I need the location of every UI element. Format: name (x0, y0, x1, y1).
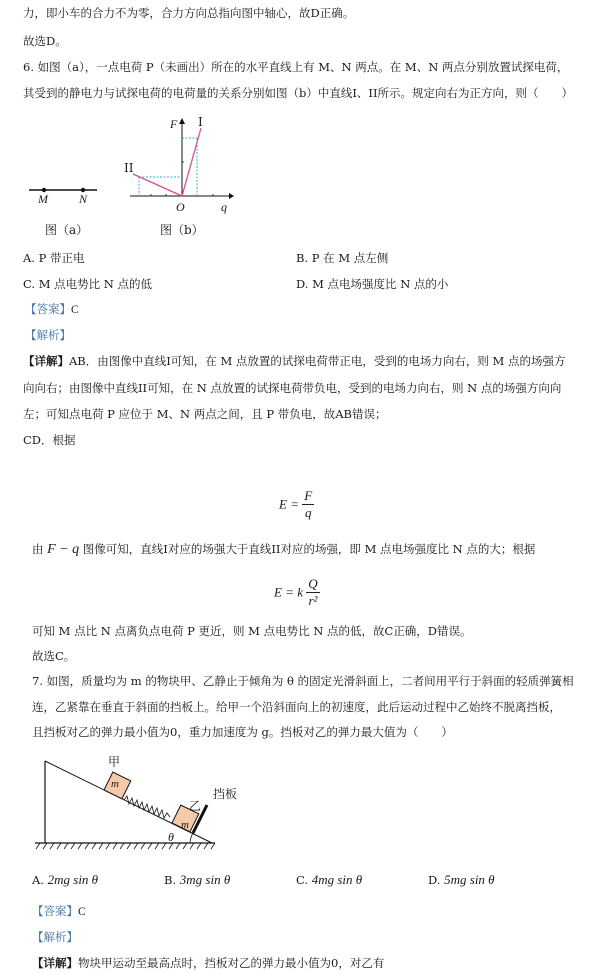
option-label: C. (296, 873, 312, 887)
fig-b-caption: 图（b） (160, 221, 204, 238)
label-II: II (124, 161, 133, 175)
option-label: A. (32, 873, 48, 887)
q7-option-c: C. 4mg sin θ (296, 872, 362, 888)
q6-stem-line-1: 6. 如图（a），一点电荷 P（未画出）所在的水平直线上有 M、N 两点。在 M… (23, 59, 568, 75)
label-M: M (38, 192, 48, 207)
numerator: F (302, 488, 314, 505)
option-text: 3mg sin θ (180, 872, 230, 887)
numerator: Q (306, 576, 319, 593)
intro-line-2: 故选D。 (23, 33, 67, 49)
q6-option-c: C. M 点电势比 N 点的低 (23, 276, 152, 292)
q6-detail-line-6: 可知 M 点比 N 点离负点电荷 P 更近，则 M 点电势比 N 点的低，故C正… (32, 623, 471, 639)
q7-stem-line-1: 7. 如图，质量均为 m 的物块甲、乙静止于倾角为 θ 的固定光滑斜面上，二者间… (32, 673, 574, 689)
answer-value: C (71, 304, 79, 316)
label-theta: θ (168, 830, 174, 845)
answer-tag: 【答案】 (32, 904, 78, 918)
option-text: M 点电场强度比 N 点的小 (312, 277, 448, 291)
label-m-jia: m (111, 778, 119, 790)
label-q: q (221, 200, 227, 215)
label-O: O (176, 200, 185, 215)
q6-conclusion: 故选C。 (32, 648, 75, 664)
q6-analysis-tag: 【解析】 (25, 327, 71, 343)
q6-detail-line-1: 【详解】AB．由图像中直线I可知，在 M 点放置的试探电荷带正电，受到的电场力向… (23, 353, 565, 369)
option-label: B. (164, 873, 180, 887)
detail-text: 物块甲运动至最高点时，挡板对乙的弹力最小值为0，对乙有 (78, 956, 384, 970)
q6-detail-line-3: 左；可知点电荷 P 应位于 M、N 两点之间，且 P 带负电，故AB错误； (23, 406, 387, 422)
denominator: q (302, 505, 314, 521)
label-yi: 乙 (189, 797, 201, 814)
option-text: 2mg sin θ (48, 872, 98, 887)
label-dangban: 挡板 (213, 785, 237, 802)
label-jia: 甲 (108, 753, 120, 770)
formula-fraction: F q (302, 488, 314, 521)
detail-text: 图像可知，直线I对应的场强大于直线II对应的场强，即 M 点电场强度比 N 点的… (79, 542, 535, 556)
fig-a-caption: 图（a） (45, 221, 88, 238)
f-q-math: F − q (47, 542, 79, 557)
label-N: N (79, 192, 87, 207)
q6-detail-line-5: 由 F − q 图像可知，直线I对应的场强大于直线II对应的场强，即 M 点电场… (32, 541, 535, 558)
q6-option-d: D. M 点电场强度比 N 点的小 (296, 276, 448, 292)
denominator: r² (306, 593, 319, 609)
option-label: D. (296, 277, 312, 291)
answer-value: C (78, 906, 86, 918)
answer-tag: 【答案】 (25, 302, 71, 316)
q6-figure-a (25, 170, 105, 210)
q7-analysis-tag: 【解析】 (32, 929, 78, 945)
label-I: I (198, 115, 203, 129)
detail-text: AB．由图像中直线I可知，在 M 点放置的试探电荷带正电，受到的电场力向右，则 … (69, 354, 565, 368)
option-label: B. (296, 251, 312, 265)
detail-tag: 【详解】 (32, 956, 78, 970)
q7-answer: 【答案】C (32, 903, 86, 920)
q7-option-a: A. 2mg sin θ (32, 872, 98, 888)
q6-stem-line-2: 其受到的静电力与试探电荷的电荷量的关系分别如图（b）中直线I、II所示。规定向右… (23, 85, 573, 101)
option-label: A. (23, 251, 39, 265)
option-text: M 点电势比 N 点的低 (39, 277, 152, 291)
q6-option-a: A. P 带正电 (23, 250, 85, 266)
option-text: P 带正电 (39, 251, 85, 265)
q7-option-d: D. 5mg sin θ (428, 872, 495, 888)
label-F: F (170, 117, 177, 132)
q6-option-b: B. P 在 M 点左侧 (296, 250, 388, 266)
option-label: D. (428, 873, 444, 887)
detail-prefix: 由 (32, 542, 47, 556)
intro-line-1: 力，即小车的合力不为零，合力方向总指向图中轴心，故D正确。 (23, 5, 354, 21)
option-label: C. (23, 277, 39, 291)
q6-answer: 【答案】C (25, 301, 79, 318)
q7-option-b: B. 3mg sin θ (164, 872, 230, 888)
q7-stem-line-2: 连，乙紧靠在垂直于斜面的挡板上。给甲一个沿斜面向上的初速度，此后运动过程中乙始终… (32, 699, 561, 715)
formula-lhs: E = k (274, 585, 303, 600)
q6-detail-line-2: 向向右；由图像中直线II可知，在 N 点放置的试探电荷带负电，受到的电场力向右，… (23, 380, 561, 396)
q7-detail-line-1: 【详解】物块甲运动至最高点时，挡板对乙的弹力最小值为0，对乙有 (32, 955, 384, 971)
formula-e-f-over-q: E = F q (279, 488, 314, 521)
detail-tag: 【详解】 (23, 354, 69, 368)
label-m-yi: m (181, 819, 189, 831)
formula-fraction: Q r² (306, 576, 319, 609)
q7-stem-line-3: 且挡板对乙的弹力最小值为0，重力加速度为 g。挡板对乙的弹力最大值为（ ） (32, 724, 453, 740)
option-text: 5mg sin θ (444, 872, 494, 887)
option-text: P 在 M 点左侧 (312, 251, 388, 265)
formula-coulomb-field: E = k Q r² (274, 576, 320, 609)
q6-detail-line-4: CD．根据 (23, 432, 76, 448)
option-text: 4mg sin θ (312, 872, 362, 887)
formula-lhs: E = (279, 497, 299, 512)
